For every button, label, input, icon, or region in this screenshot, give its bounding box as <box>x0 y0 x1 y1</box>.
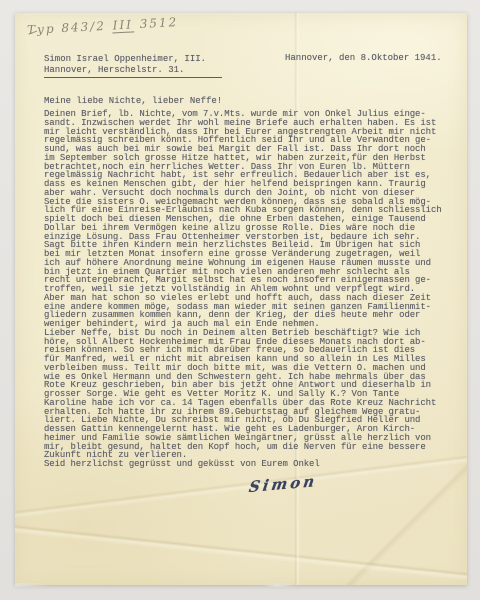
sender-address: Hannover, Herschelstr. 31. <box>44 65 222 78</box>
pencil-annotation: Typ 843/2 III 3512 <box>27 15 179 37</box>
handwritten-signature: Simon <box>248 472 319 496</box>
dateline: Hannover, den 8.Oktober 1941. <box>285 53 442 63</box>
salutation: Meine liebe Nichte, lieber Neffe! <box>44 96 222 106</box>
pencil-annotation-word3: III <box>111 17 134 33</box>
pencil-annotation-word2: 843/2 <box>61 19 106 35</box>
letter-body: Deinen Brief, lb. Nichte, vom 7.v.Mts. w… <box>44 110 442 469</box>
letter-paper: Typ 843/2 III 3512 Hannover, den 8.Oktob… <box>15 13 467 585</box>
letter-line: Seid herzlichst gegrüsst und geküsst von… <box>44 460 442 469</box>
sender-block: Simon Israel Oppenheimer, III. Hannover,… <box>44 54 222 78</box>
pencil-annotation-word4: 3512 <box>139 15 178 31</box>
sender-name: Simon Israel Oppenheimer, III. <box>44 54 222 65</box>
